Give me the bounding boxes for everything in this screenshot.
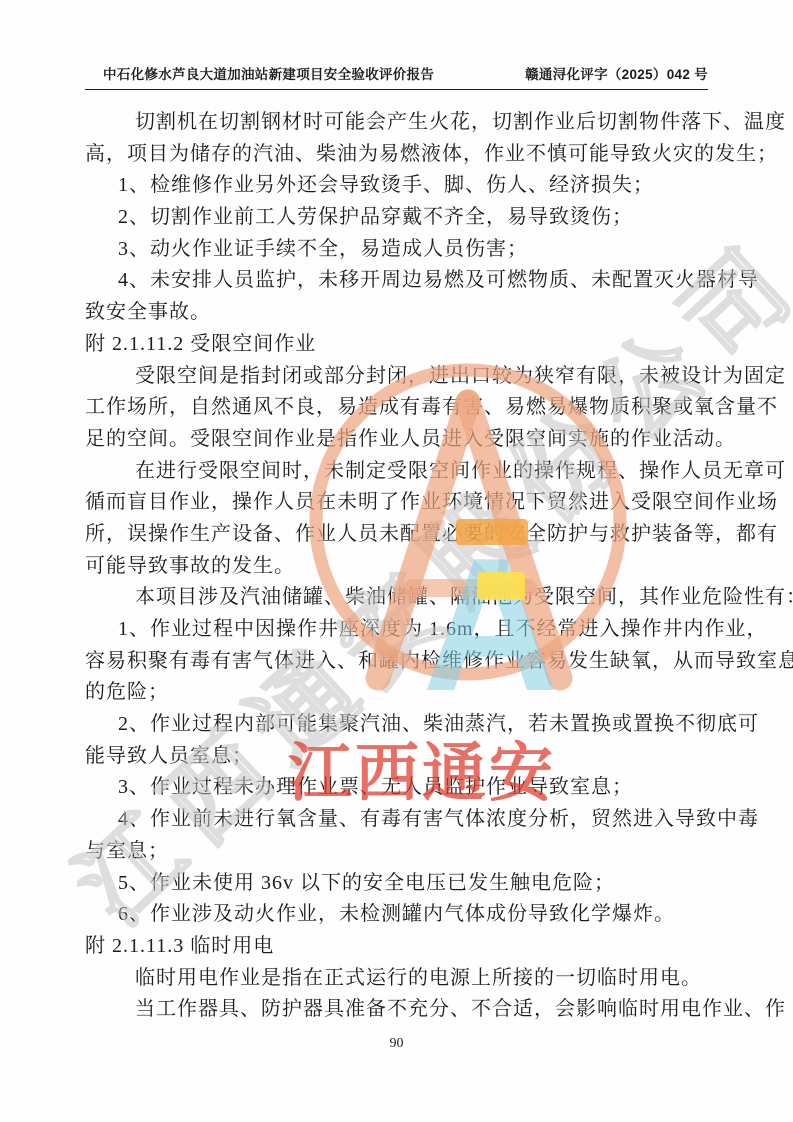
text-line: 3、动火作业证手续不全，易造成人员伤害； <box>85 234 725 266</box>
text-line: 附 2.1.11.3 临时用电 <box>85 931 725 963</box>
text-line: 与室息； <box>85 836 725 868</box>
header-report-title: 中石化修水芦良大道加油站新建项目安全验收评价报告 <box>85 63 434 83</box>
text-line: 受限空间是指封闭或部分封闭，进出口较为狭窄有限，未被设计为固定 <box>85 361 725 393</box>
report-page: 中石化修水芦良大道加油站新建项目安全验收评价报告 赣通浔化评字（2025）042… <box>0 0 793 1122</box>
text-line: 足的空间。受限空间作业是指作业人员进入受限空间实施的作业活动。 <box>85 424 725 456</box>
text-line: 高，项目为储存的汽油、柴油为易燃液体，作业不慎可能导致火灾的发生； <box>85 139 725 171</box>
text-line: 5、作业未使用 36v 以下的安全电压已发生触电危险； <box>85 868 725 900</box>
header-doc-number: 赣通浔化评字（2025）042 号 <box>525 63 708 83</box>
text-line: 6、作业涉及动火作业，未检测罐内气体成份导致化学爆炸。 <box>85 899 725 931</box>
text-line: 3、作业过程未办理作业票、无人员监护作业导致室息； <box>85 772 725 804</box>
text-line: 本项目涉及汽油储罐、柴油储罐、隔油池为受限空间，其作业危险性有： <box>85 582 725 614</box>
text-line: 1、检维修作业另外还会导致烫手、脚、伤人、经济损失； <box>85 170 725 202</box>
text-line: 可能导致事故的发生。 <box>85 551 725 583</box>
text-line: 2、切割作业前工人劳保护品穿戴不齐全，易导致烫伤； <box>85 202 725 234</box>
text-line: 容易积聚有毒有害气体进入、和罐内检维修作业容易发生缺氧，从而导致室息 <box>85 646 725 678</box>
text-line: 1、作业过程中因操作井座深度为 1.6m，且不经常进入操作井内作业， <box>85 614 725 646</box>
text-line: 能导致人员室息； <box>85 741 725 773</box>
page-number: 90 <box>0 1036 793 1052</box>
text-line: 2、作业过程内部可能集聚汽油、柴油蒸汽，若未置换或置换不彻底可 <box>85 709 725 741</box>
text-line: 临时用电作业是指在正式运行的电源上所接的一切临时用电。 <box>85 963 725 995</box>
text-line: 当工作器具、防护器具准备不充分、不合适，会影响临时用电作业、作 <box>85 994 725 1026</box>
text-line: 附 2.1.11.2 受限空间作业 <box>85 329 725 361</box>
text-line: 所，误操作生产设备、作业人员未配置必要的安全防护与救护装备等，都有 <box>85 519 725 551</box>
text-line: 切割机在切割钢材时可能会产生火花，切割作业后切割物件落下、温度 <box>85 107 725 139</box>
text-line: 循而盲目作业，操作人员在未明了作业环境情况下贸然进入受限空间作业场 <box>85 487 725 519</box>
document-body: 切割机在切割钢材时可能会产生火花，切割作业后切割物件落下、温度高，项目为储存的汽… <box>85 107 725 1026</box>
page-header: 中石化修水芦良大道加油站新建项目安全验收评价报告 赣通浔化评字（2025）042… <box>85 58 708 90</box>
text-line: 在进行受限空间时，未制定受限空间作业的操作规程、操作人员无章可 <box>85 456 725 488</box>
text-line: 4、未安排人员监护，未移开周边易燃及可燃物质、未配置灭火器材导 <box>85 265 725 297</box>
text-line: 4、作业前未进行氧含量、有毒有害气体浓度分析，贸然进入导致中毒 <box>85 804 725 836</box>
text-line: 工作场所，自然通风不良，易造成有毒有害、易燃易爆物质积聚或氧含量不 <box>85 392 725 424</box>
text-line: 的危险； <box>85 677 725 709</box>
text-line: 致安全事故。 <box>85 297 725 329</box>
